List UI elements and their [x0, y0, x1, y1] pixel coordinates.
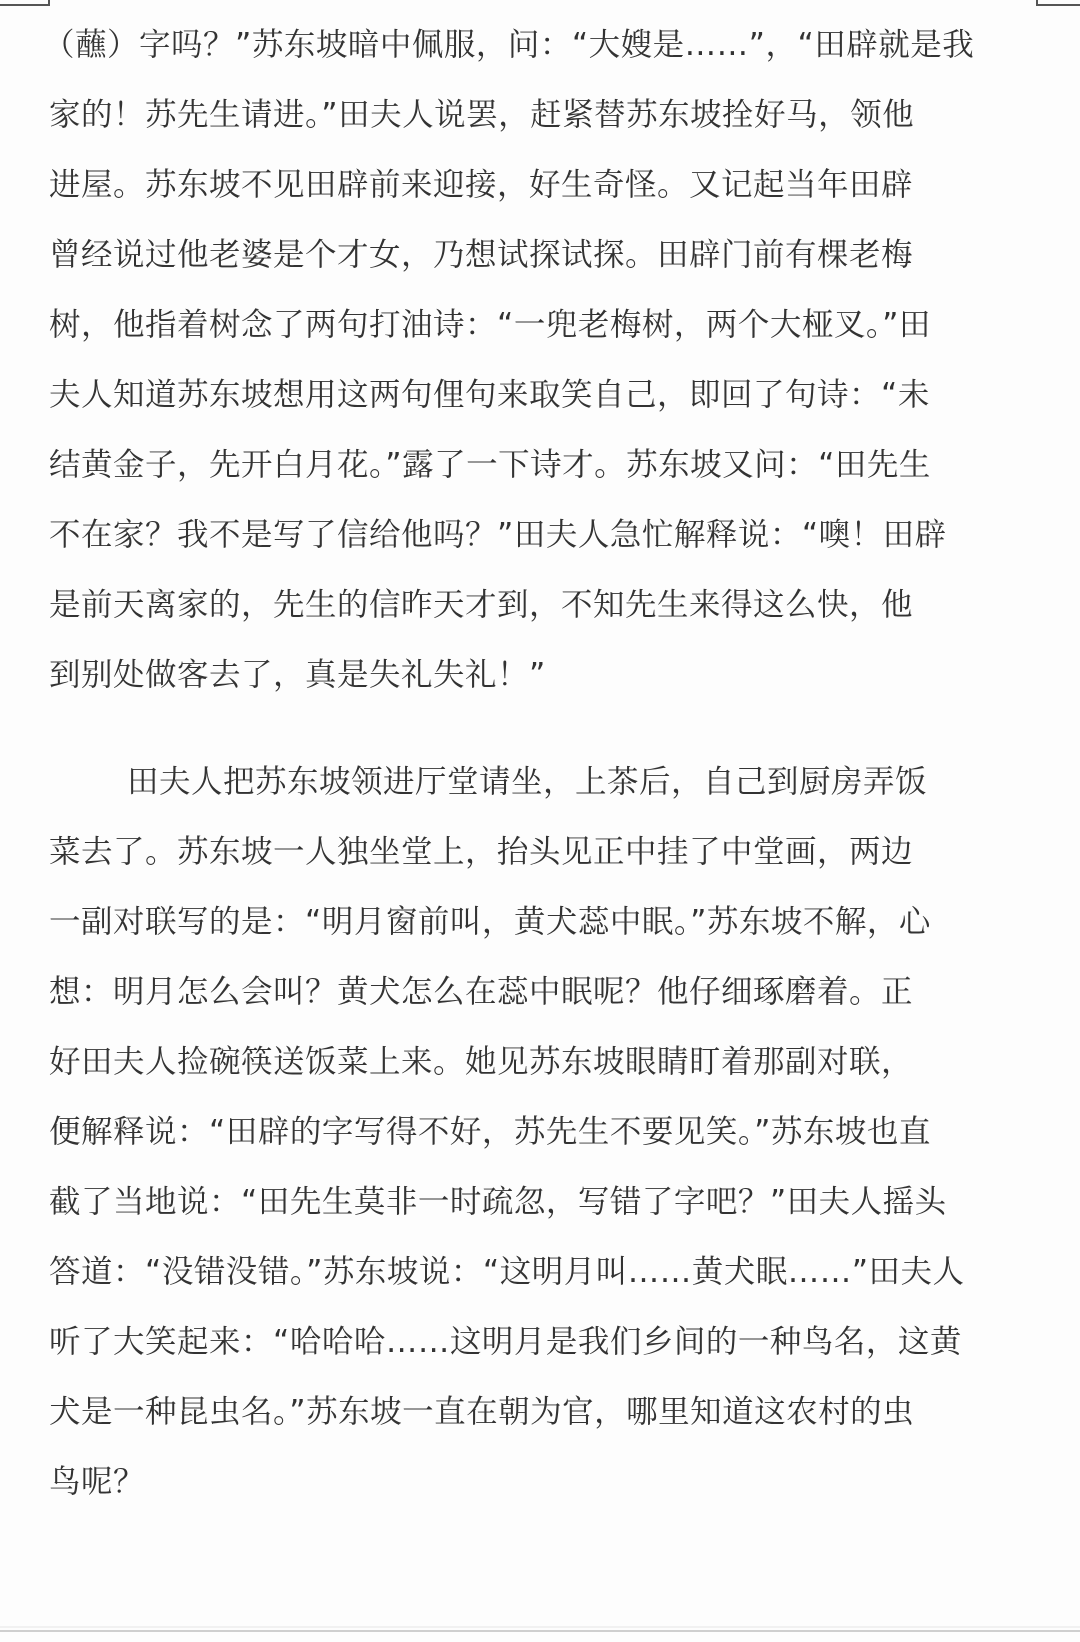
text-line: 一副对联写的是：“明月窗前叫，黄犬蕊中眠。”苏东坡不解，心 [49, 902, 931, 942]
text-line: 结黄金子，先开白月花。”露了一下诗才。苏东坡又问：“田先生 [49, 445, 931, 485]
text-line: 曾经说过他老婆是个才女，乃想试探试探。田辟门前有棵老梅 [49, 235, 913, 275]
top-left-corner-mark [0, 0, 50, 6]
bottom-divider [0, 1630, 1080, 1632]
text-line: 菜去了。苏东坡一人独坐堂上，抬头见正中挂了中堂画，两边 [49, 832, 913, 872]
text-line: 到别处做客去了，真是失礼失礼！” [49, 655, 546, 695]
text-line: 夫人知道苏东坡想用这两句俚句来取笑自己，即回了句诗：“未 [49, 375, 930, 415]
text-line: 想：明月怎么会叫？黄犬怎么在蕊中眠呢？他仔细琢磨着。正 [49, 972, 913, 1012]
text-line: 鸟呢？ [49, 1462, 145, 1502]
text-line: 听了大笑起来：“哈哈哈……这明月是我们乡间的一种鸟名，这黄 [49, 1322, 962, 1362]
text-line: 树，他指着树念了两句打油诗：“一兜老梅树，两个大桠叉。”田 [49, 305, 931, 345]
text-line: 是前天离家的，先生的信昨天才到，不知先生来得这么快，他 [49, 585, 913, 625]
text-line: （蘸）字吗？”苏东坡暗中佩服，问：“大嫂是……”，“田辟就是我 [43, 25, 974, 65]
text-line: 犬是一种昆虫名。”苏东坡一直在朝为官，哪里知道这农村的虫 [49, 1392, 914, 1432]
bottom-divider-shadow [0, 1626, 1080, 1628]
text-line: 便解释说：“田辟的字写得不好，苏先生不要见笑。”苏东坡也直 [49, 1112, 931, 1152]
text-line: 好田夫人捡碗筷送饭菜上来。她见苏东坡眼睛盯着那副对联， [49, 1042, 913, 1082]
text-line: 进屋。苏东坡不见田辟前来迎接，好生奇怪。又记起当年田辟 [49, 165, 913, 205]
text-line: 田夫人把苏东坡领进厅堂请坐，上茶后，自己到厨房弄饭 [127, 762, 927, 802]
top-right-corner-mark [1036, 0, 1080, 6]
text-line: 家的！苏先生请进。”田夫人说罢，赶紧替苏东坡拴好马，领他 [49, 95, 914, 135]
text-line: 答道：“没错没错。”苏东坡说：“这明月叫……黄犬眠……”田夫人 [49, 1252, 965, 1292]
text-line: 截了当地说：“田先生莫非一时疏忽，写错了字吧？”田夫人摇头 [49, 1182, 947, 1222]
text-line: 不在家？我不是写了信给他吗？”田夫人急忙解释说：“噢！田辟 [49, 515, 947, 555]
